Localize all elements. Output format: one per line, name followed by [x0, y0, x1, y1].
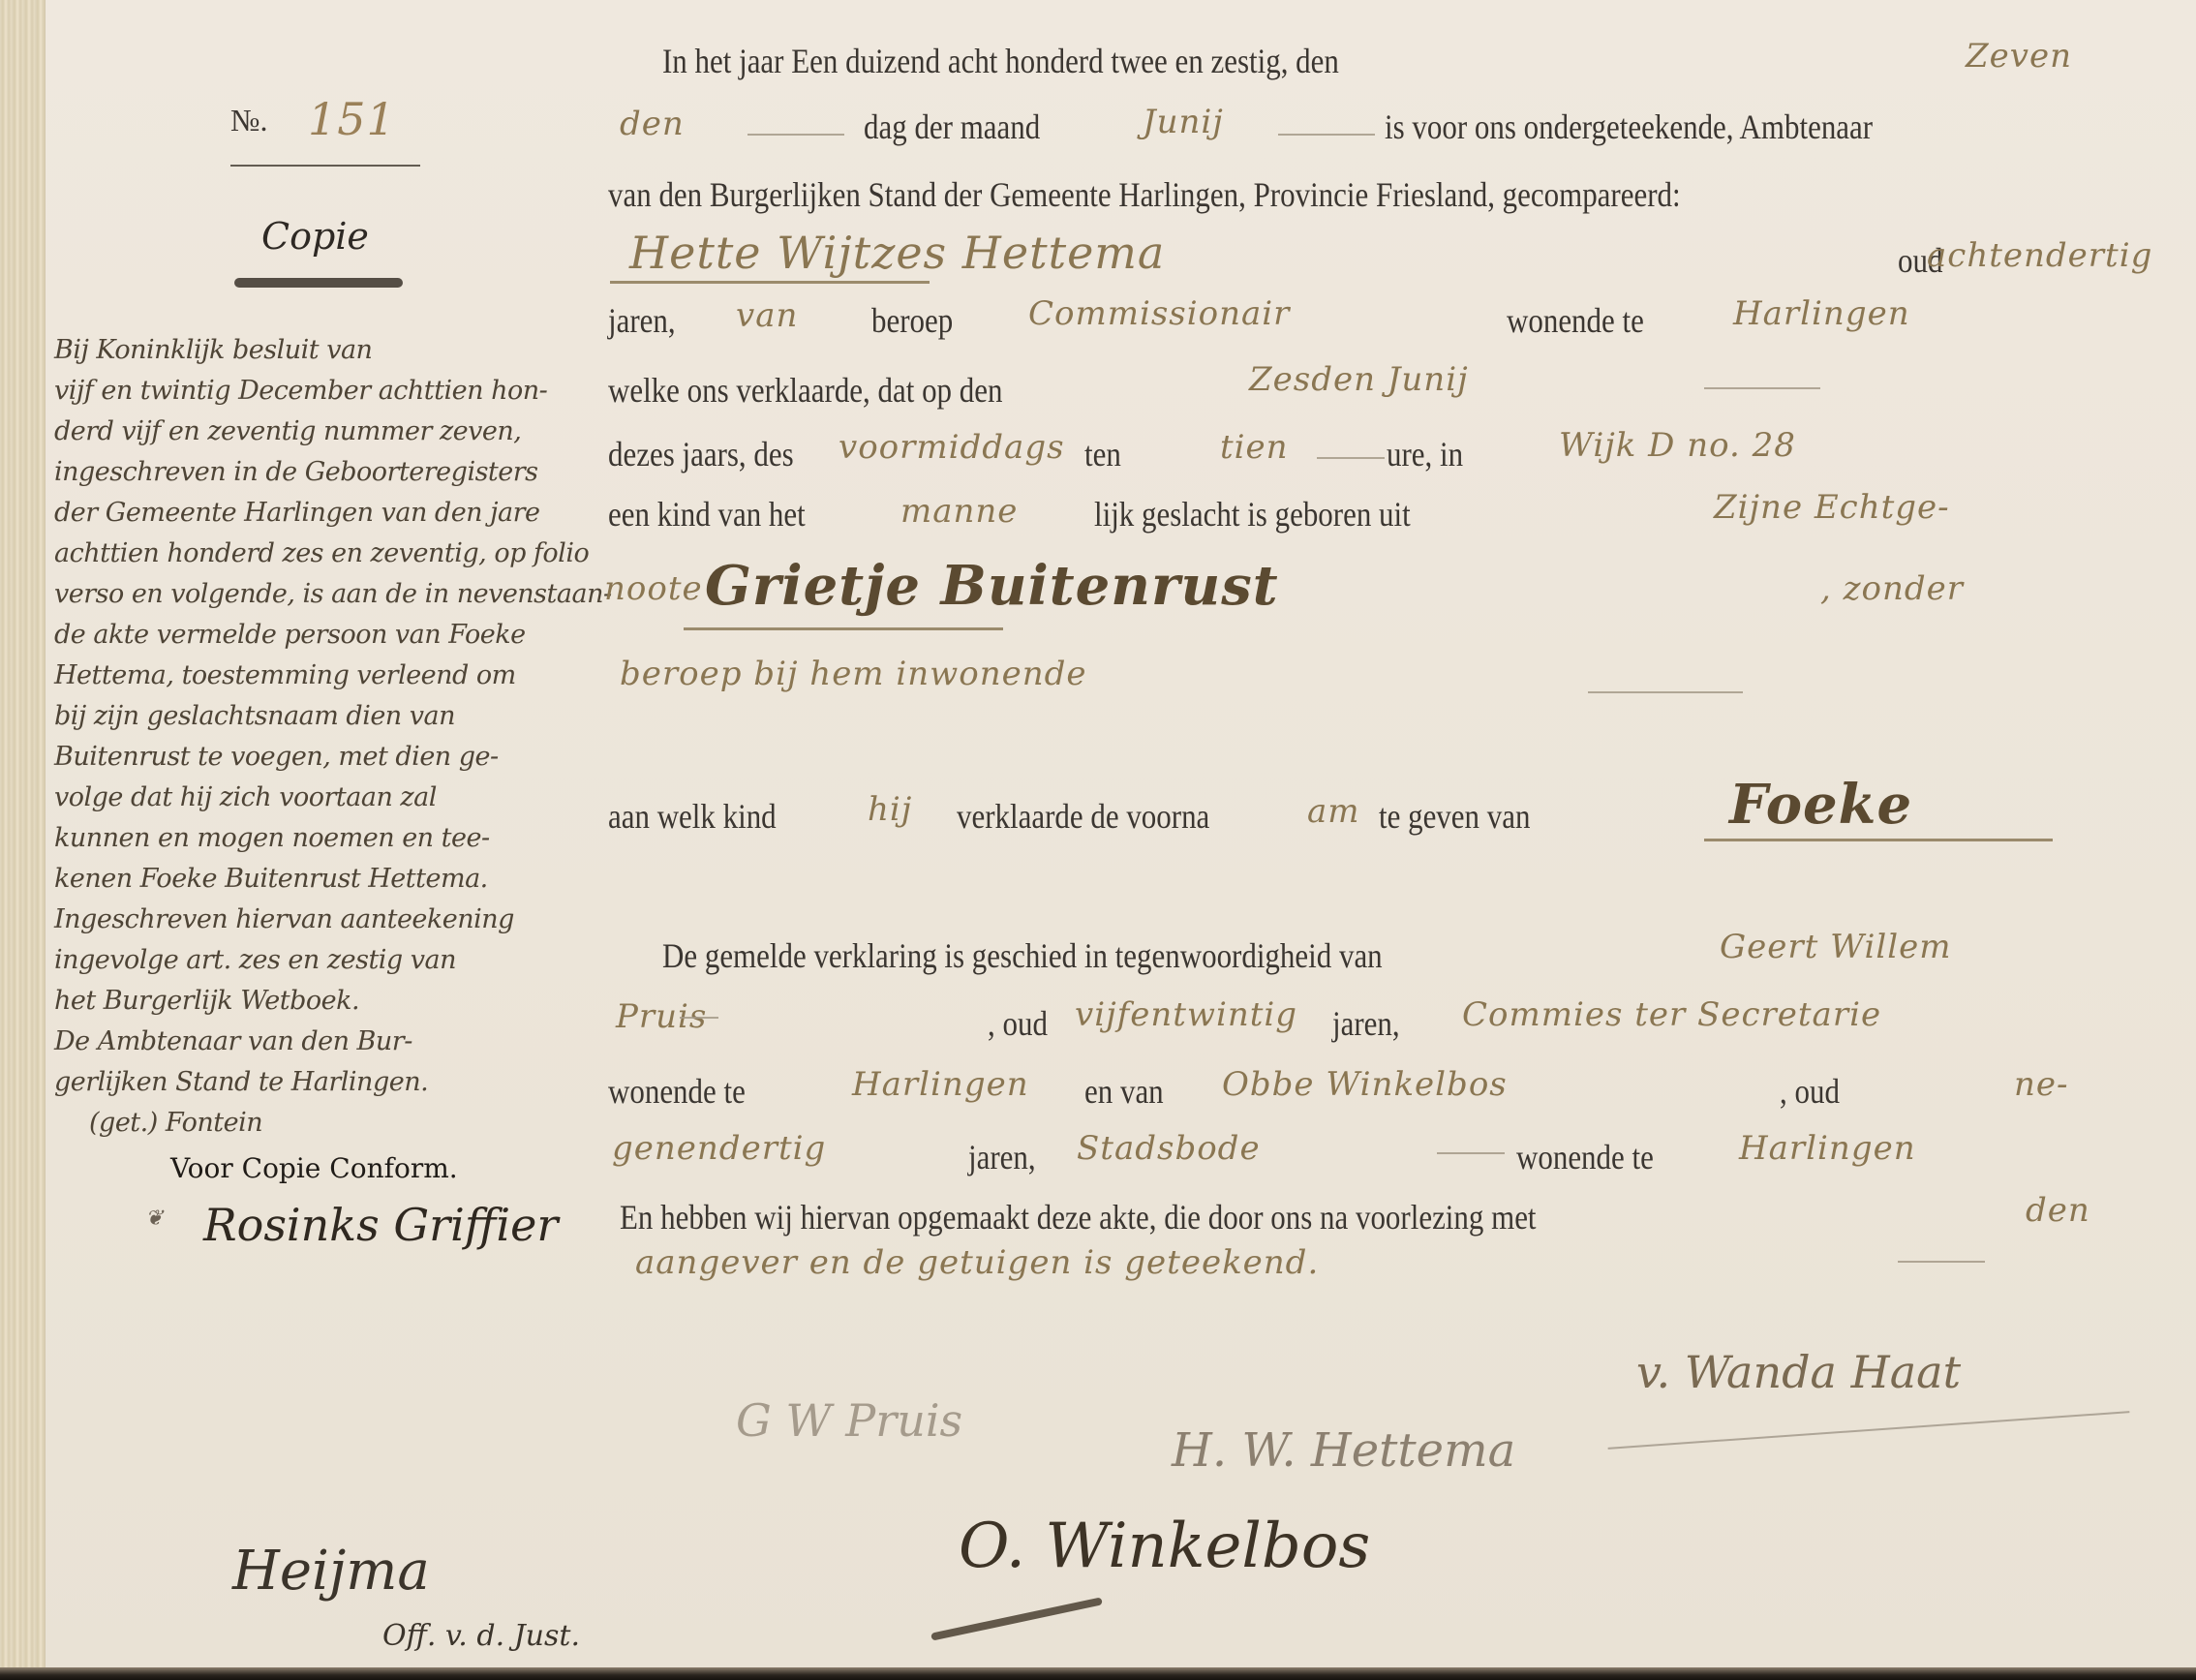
printed-text: jaren,	[1332, 1003, 1400, 1044]
month-handwritten: Junij	[1143, 103, 1224, 141]
printed-text: welke ons verklaarde, dat op den	[608, 370, 1002, 411]
child-given-name: Foeke	[1729, 773, 1912, 837]
printed-text: De gemelde verklaring is geschied in teg…	[662, 935, 1383, 976]
name-underline	[610, 281, 930, 284]
fill-line	[747, 134, 844, 136]
copy-underline	[234, 278, 403, 288]
record-number: 151	[308, 93, 396, 145]
declarant-age: achtendertig	[1927, 236, 2152, 275]
margin-line: De Ambtenaar van den Bur-	[54, 1026, 412, 1056]
margin-line: vijf en twintig December achttien hon-	[54, 376, 547, 406]
margin-line: Buitenrust te voegen, met dien ge-	[54, 742, 499, 772]
printed-text: dezes jaars, des	[608, 434, 794, 474]
book-binding	[0, 0, 46, 1667]
margin-line: derd vijf en zeventig nummer zeven,	[54, 416, 521, 446]
child-name-underline	[1704, 839, 2053, 841]
witness1-occupation: Commies ter Secretarie	[1462, 995, 1881, 1034]
day-handwritten: Zeven	[1966, 37, 2072, 76]
fill-line	[1278, 134, 1375, 136]
margin-line: het Burgerlijk Wetboek.	[54, 986, 359, 1016]
margin-line: (get.) Fontein	[89, 1108, 262, 1138]
mother-occupation: , zonder	[1820, 569, 1964, 608]
fill-line	[1898, 1261, 1985, 1263]
fill-line	[1588, 691, 1743, 693]
margin-line: ingeschreven in de Geboorteregisters	[54, 457, 538, 487]
handwritten-van: van	[736, 296, 798, 335]
margin-line: kunnen en mogen noemen en tee-	[54, 823, 490, 853]
copy-label: Copie	[261, 215, 369, 258]
mother-name-underline	[684, 627, 1003, 630]
printed-text: jaren,	[608, 300, 676, 341]
fill-line	[1437, 1152, 1505, 1154]
birth-hour: tien	[1220, 428, 1289, 467]
fill-line	[1704, 387, 1820, 389]
printed-text: wonende te	[1507, 300, 1644, 341]
margin-line: verso en volgende, is aan de in nevensta…	[54, 579, 612, 609]
handwritten-echtgenoote: Zijne Echtge-	[1714, 488, 1950, 527]
time-of-day: voormiddags	[839, 428, 1065, 467]
printed-text: jaren,	[968, 1137, 1036, 1177]
printed-text: een kind van het	[608, 494, 806, 535]
certification-text: Voor Copie Conform.	[170, 1152, 458, 1184]
printed-text: dag der maand	[864, 107, 1040, 147]
register-page: №. 151 Copie Bij Koninklijk besluit van …	[0, 0, 2196, 1680]
printed-text: lijk geslacht is geboren uit	[1094, 494, 1411, 535]
griffier-signature: Rosinks Griffier	[203, 1199, 558, 1251]
margin-line: Ingeschreven hiervan aanteekening	[54, 904, 514, 934]
page-bottom-edge	[0, 1667, 2196, 1680]
seal-mark-icon: ❦	[145, 1207, 163, 1231]
margin-line: achttien honderd zes en zeventig, op fol…	[54, 538, 589, 568]
margin-line: gerlijken Stand te Harlingen.	[54, 1067, 428, 1097]
declarant-residence: Harlingen	[1733, 294, 1910, 333]
margin-line: ingevolge art. zes en zestig van	[54, 945, 456, 975]
witness1-name: Geert Willem	[1720, 928, 1951, 966]
margin-line: bij zijn geslachtsnaam dien van	[54, 701, 455, 731]
witness2-signature: O. Winkelbos	[959, 1511, 1370, 1582]
declarant-signature: H. W. Hettema	[1172, 1423, 1515, 1478]
handwritten-noote: noote	[604, 569, 703, 608]
fill-line	[1317, 457, 1385, 459]
birth-date: Zesden Junij	[1249, 360, 1469, 399]
signature-flourish	[1608, 1411, 2130, 1450]
printed-text: is voor ons ondergeteekende, Ambtenaar	[1385, 107, 1873, 147]
printed-text: , oud	[988, 1003, 1048, 1044]
official-signature-right: v. Wanda Haat	[1636, 1346, 1961, 1398]
printed-text: wonende te	[608, 1071, 746, 1112]
declarant-occupation: Commissionair	[1028, 294, 1290, 333]
margin-line: de akte vermelde persoon van Foeke	[54, 620, 526, 650]
printed-text: wonende te	[1516, 1137, 1654, 1177]
witness1-signature: G W Pruis	[736, 1394, 962, 1447]
printed-text: aan welk kind	[608, 796, 777, 837]
printed-text: en van	[1084, 1071, 1164, 1112]
official-title: Off. v. d. Just.	[382, 1619, 580, 1653]
birth-address: Wijk D no. 28	[1559, 426, 1796, 465]
handwritten-hij: hij	[868, 790, 912, 829]
margin-line: der Gemeente Harlingen van den jare	[54, 498, 540, 528]
printed-text: beroep	[871, 300, 953, 341]
printed-text: te geven van	[1379, 796, 1530, 837]
witness2-name: Obbe Winkelbos	[1222, 1065, 1508, 1104]
margin-line: volge dat hij zich voortaan zal	[54, 782, 437, 812]
printed-text: verklaarde de voorna	[957, 796, 1209, 837]
record-number-label: №.	[230, 103, 268, 138]
fill-line	[680, 1017, 718, 1019]
witness2-age-cont: genendertig	[612, 1129, 826, 1168]
number-divider	[230, 165, 420, 167]
handwritten-am: am	[1307, 792, 1360, 831]
witness1-age: vijfentwintig	[1075, 995, 1297, 1034]
printed-text: van den Burgerlijken Stand der Gemeente …	[608, 174, 1681, 215]
printed-text: ure, in	[1387, 434, 1463, 474]
printed-text: In het jaar Een duizend acht honderd twe…	[662, 41, 1339, 81]
handwritten-den: den	[2026, 1191, 2090, 1230]
witness2-residence: Harlingen	[1739, 1129, 1916, 1168]
declarant-name: Hette Wijtzes Hettema	[629, 227, 1165, 279]
margin-line: Bij Koninklijk besluit van	[54, 335, 372, 365]
day-handwritten-cont: den	[620, 105, 685, 143]
mother-residence-note: beroep bij hem inwonende	[620, 655, 1087, 693]
printed-text: En hebben wij hiervan opgemaakt deze akt…	[620, 1197, 1537, 1237]
printed-text: , oud	[1780, 1071, 1840, 1112]
closing-handwritten: aangever en de getuigen is geteekend.	[635, 1243, 1319, 1282]
margin-line: Hettema, toestemming verleend om	[54, 660, 516, 690]
official-signature: Heijma	[232, 1540, 430, 1603]
witness1-residence: Harlingen	[852, 1065, 1029, 1104]
witness2-age: ne-	[2014, 1065, 2069, 1104]
signature-flourish	[930, 1597, 1103, 1640]
printed-text: ten	[1084, 434, 1121, 474]
child-sex: manne	[900, 492, 1018, 531]
mother-name: Grietje Buitenrust	[705, 554, 1279, 618]
margin-line: kenen Foeke Buitenrust Hettema.	[54, 864, 488, 894]
witness2-occupation: Stadsbode	[1077, 1129, 1261, 1168]
